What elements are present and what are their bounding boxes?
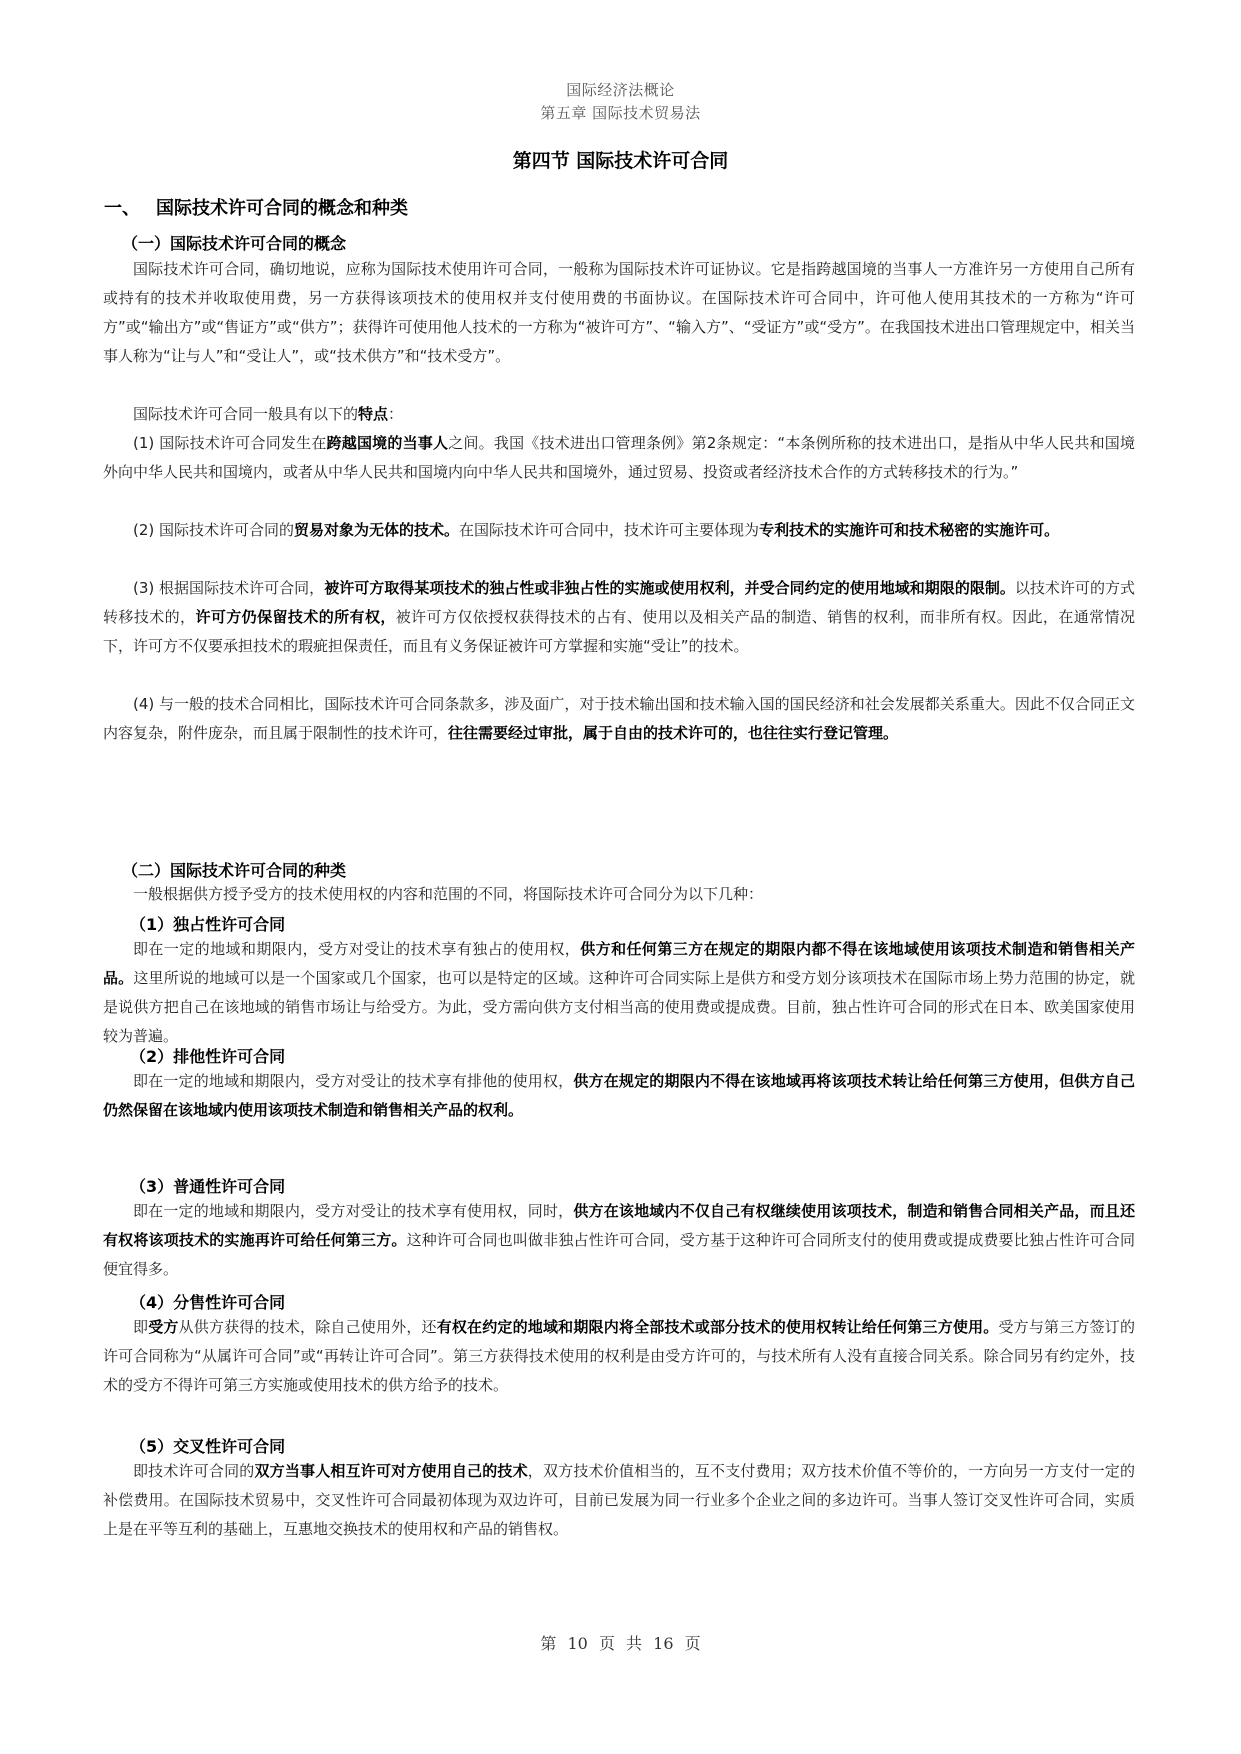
type-paragraph: 即技术许可合同的双方当事人相互许可对方使用自己的技术，双方技术价值相当的，互不支… bbox=[103, 1457, 1135, 1544]
type-paragraph: 即在一定的地域和期限内，受方对受让的技术享有排他的使用权，供方在规定的期限内不得… bbox=[103, 1067, 1135, 1125]
features-lead-bold: 特点 bbox=[358, 405, 388, 423]
part-one-heading: 一、国际技术许可合同的概念和种类 bbox=[104, 194, 408, 220]
chapter-title: 第五章 国际技术贸易法 bbox=[0, 102, 1241, 123]
type-paragraph: 即在一定的地域和期限内，受方对受让的技术享有独占的使用权，供方和任何第三方在规定… bbox=[103, 935, 1135, 1051]
concept-heading: （一）国际技术许可合同的概念 bbox=[122, 231, 346, 254]
concept-intro-paragraph: 国际技术许可合同，确切地说，应称为国际技术使用许可合同，一般称为国际技术许可证协… bbox=[103, 255, 1135, 371]
type-paragraph: 即在一定的地域和期限内，受方对受让的技术享有使用权，同时，供方在该地域内不仅自己… bbox=[103, 1197, 1135, 1284]
current-page-number: 10 bbox=[568, 1634, 588, 1653]
feature-paragraph: (2) 国际技术许可合同的贸易对象为无体的技术。在国际技术许可合同中，技术许可主… bbox=[103, 516, 1135, 545]
part-one-number: 一、 bbox=[104, 194, 156, 220]
feature-paragraph: (4) 与一般的技术合同相比，国际技术许可合同条款多，涉及面广，对于技术输出国和… bbox=[103, 690, 1135, 748]
type-title: （1）独占性许可合同 bbox=[130, 912, 285, 935]
document-page: 国际经济法概论 第五章 国际技术贸易法 第四节 国际技术许可合同 一、国际技术许… bbox=[0, 0, 1241, 1754]
features-lead-paragraph: 国际技术许可合同一般具有以下的特点： bbox=[103, 400, 1135, 429]
type-title: （3）普通性许可合同 bbox=[130, 1174, 285, 1197]
type-title: （5）交叉性许可合同 bbox=[130, 1434, 285, 1457]
book-title: 国际经济法概论 bbox=[0, 79, 1241, 100]
total-pages-number: 16 bbox=[653, 1634, 673, 1653]
type-paragraph: 即受方从供方获得的技术，除自己使用外，还有权在约定的地域和期限内将全部技术或部分… bbox=[103, 1313, 1135, 1400]
feature-paragraph: (3) 根据国际技术许可合同，被许可方取得某项技术的独占性或非独占性的实施或使用… bbox=[103, 574, 1135, 661]
page-footer: 第 10 页 共 16 页 bbox=[0, 1631, 1241, 1654]
feature-paragraph: (1) 国际技术许可合同发生在跨越国境的当事人之间。我国《技术进出口管理条例》第… bbox=[103, 429, 1135, 487]
type-title: （4）分售性许可合同 bbox=[130, 1290, 285, 1313]
types-intro-paragraph: 一般根据供方授予受方的技术使用权的内容和范围的不同，将国际技术许可合同分为以下几… bbox=[103, 880, 1135, 909]
part-one-title: 国际技术许可合同的概念和种类 bbox=[156, 198, 408, 219]
types-heading: （二）国际技术许可合同的种类 bbox=[122, 858, 346, 881]
section-title: 第四节 国际技术许可合同 bbox=[0, 146, 1241, 173]
type-title: （2）排他性许可合同 bbox=[130, 1044, 285, 1067]
